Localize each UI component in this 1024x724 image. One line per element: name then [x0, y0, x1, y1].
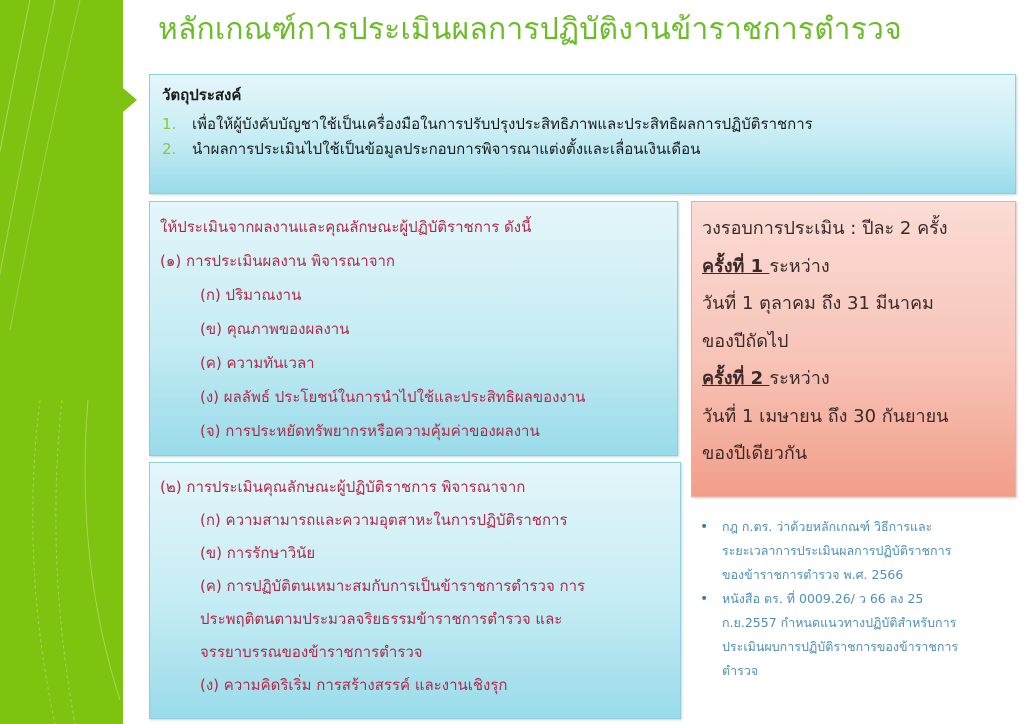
green-sidebar [0, 0, 123, 724]
evaluation-cycle-box: วงรอบการประเมิน : ปีละ 2 ครั้ง ครั้งที่ … [691, 201, 1016, 497]
objective-item: 2. นำผลการประเมินไปใช้เป็นข้อมูลประกอบกา… [162, 137, 1003, 162]
performance-item: (จ) การประหยัดทรัพยากรหรือความคุ้มค่าของ… [160, 414, 667, 448]
objective-text: นำผลการประเมินไปใช้เป็นข้อมูลประกอบการพิ… [192, 137, 700, 162]
objective-box: วัตถุประสงค์ 1. เพื่อให้ผู้บังคับบัญชาใช… [149, 74, 1016, 194]
round-2-year: ของปีเดียวกัน [702, 435, 1005, 473]
performance-item: (ง) ผลลัพธ์ ประโยชน์ในการนำไปใช้และประสิ… [160, 380, 667, 414]
reference-line: ประเมินผบการปฏิบัติราชการของข้าราชการ [722, 635, 958, 659]
reference-item: • หนังสือ ตร. ที่ 0009.26/ ว 66 ลง 25 ก.… [700, 587, 1016, 683]
objective-number: 1. [162, 112, 192, 137]
round-1-suffix: ระหว่าง [769, 256, 829, 277]
round-1-dates: วันที่ 1 ตุลาคม ถึง 31 มีนาคม [702, 285, 1005, 323]
round-2-header: ครั้งที่ 2 ระหว่าง [702, 360, 1005, 398]
performance-item: (ค) ความทันเวลา [160, 346, 667, 380]
objective-number: 2. [162, 137, 192, 162]
characteristics-item: (ง) ความคิดริเริ่ม การสร้างสรรค์ และงานเ… [160, 669, 670, 702]
round-1-year: ของปีถัดไป [702, 323, 1005, 361]
criteria-intro: ให้ประเมินจากผลงานและคุณลักษณะผู้ปฏิบัติ… [160, 210, 667, 244]
characteristics-heading: (๒) การประเมินคุณลักษณะผู้ปฏิบัติราชการ … [160, 471, 670, 504]
reference-line: ตำรวจ [722, 659, 958, 683]
round-1-label: ครั้งที่ 1 [702, 256, 769, 277]
characteristics-item: (ค) การปฏิบัติตนเหมาะสมกับการเป็นข้าราชก… [160, 570, 670, 603]
objective-item: 1. เพื่อให้ผู้บังคับบัญชาใช้เป็นเครื่องม… [162, 112, 1003, 137]
characteristics-item-continued: จรรยาบรรณของข้าราชการตำรวจ [160, 636, 670, 669]
characteristics-item: (ก) ความสามารถและความอุตสาหะในการปฏิบัติ… [160, 504, 670, 537]
characteristics-item-continued: ประพฤติตนตามประมวลจริยธรรมข้าราชการตำรวจ… [160, 603, 670, 636]
round-2-dates: วันที่ 1 เมษายน ถึง 30 กันยายน [702, 398, 1005, 436]
performance-item: (ข) คุณภาพของผลงาน [160, 312, 667, 346]
round-1-header: ครั้งที่ 1 ระหว่าง [702, 248, 1005, 286]
reference-line: กฎ ก.ตร. ว่าด้วยหลักเกณฑ์ วิธีการและ [722, 515, 951, 539]
page-title: หลักเกณฑ์การประเมินผลการปฏิบัติงานข้าราช… [158, 6, 902, 53]
round-2-suffix: ระหว่าง [769, 368, 829, 389]
references-list: • กฎ ก.ตร. ว่าด้วยหลักเกณฑ์ วิธีการและ ร… [700, 515, 1016, 683]
characteristics-item: (ข) การรักษาวินัย [160, 537, 670, 570]
cycle-heading: วงรอบการประเมิน : ปีละ 2 ครั้ง [702, 210, 1005, 248]
decorative-curves-icon [0, 0, 123, 724]
characteristics-criteria-box: (๒) การประเมินคุณลักษณะผู้ปฏิบัติราชการ … [149, 462, 681, 719]
performance-heading: (๑) การประเมินผลงาน พิจารณาจาก [160, 244, 667, 278]
reference-line: หนังสือ ตร. ที่ 0009.26/ ว 66 ลง 25 [722, 587, 958, 611]
reference-line: ระยะเวลาการประเมินผลการปฏิบัติราชการ [722, 539, 951, 563]
reference-line: ก.ย.2557 กำหนดแนวทางปฏิบัติสำหรับการ [722, 611, 958, 635]
reference-line: ของข้าราชการตำรวจ พ.ศ. 2566 [722, 563, 951, 587]
bullet-icon: • [700, 587, 722, 683]
performance-criteria-box: ให้ประเมินจากผลงานและคุณลักษณะผู้ปฏิบัติ… [149, 201, 678, 456]
objective-heading: วัตถุประสงค์ [162, 83, 1003, 107]
reference-item: • กฎ ก.ตร. ว่าด้วยหลักเกณฑ์ วิธีการและ ร… [700, 515, 1016, 587]
pointer-arrow-icon [123, 88, 137, 112]
objective-text: เพื่อให้ผู้บังคับบัญชาใช้เป็นเครื่องมือใ… [192, 112, 813, 137]
performance-item: (ก) ปริมาณงาน [160, 278, 667, 312]
round-2-label: ครั้งที่ 2 [702, 368, 769, 389]
bullet-icon: • [700, 515, 722, 587]
